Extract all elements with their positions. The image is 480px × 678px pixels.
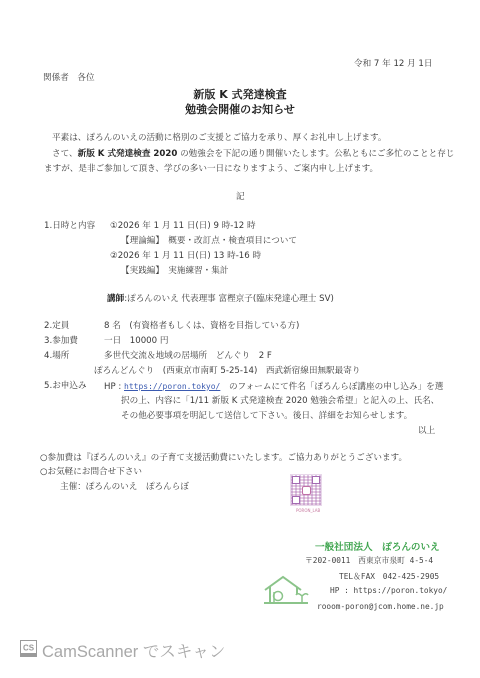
ki-heading: 記	[236, 192, 245, 203]
org-tel: TEL＆FAX 042-425-2905	[339, 571, 439, 582]
session1-topic: 【理論編】 概要・改訂点・検査項目について	[121, 236, 297, 247]
venue-line-2: ぽろんどんぐり (西東京市南町 5-25-14) 西武新宿線田無駅最寄り	[94, 366, 360, 377]
apply-url-link[interactable]: https://poron.tokyo/	[124, 382, 220, 391]
instagram-icon	[302, 486, 311, 495]
svg-text:CS: CS	[23, 644, 35, 653]
apply-hp-label: HP :	[104, 382, 124, 392]
venue-line-1: 多世代交流＆地域の居場所 どんぐり 2 F	[104, 351, 272, 362]
title-line-2: 勉強会開催のお知らせ	[0, 101, 480, 117]
qr-code[interactable]	[290, 474, 322, 506]
addressee: 関係者 各位	[43, 73, 95, 84]
qr-corner	[312, 476, 320, 484]
org-address: 〒202-0011 西東京市泉町 4-5-4	[305, 555, 433, 566]
camscanner-watermark: CamScanner でスキャン	[42, 638, 225, 662]
camscanner-logo-icon: CS	[20, 640, 37, 658]
organizer: 主催：ぽろんのいえ ぽろんらぼ	[60, 482, 189, 493]
intro-line-2: さて、新版 K 式発達検査 2020 の勉強会を下記の通り開催いたします。公私と…	[52, 149, 454, 160]
qr-corner	[292, 496, 300, 504]
fee-value: 一日 10000 円	[104, 336, 168, 347]
ijo: 以上	[418, 426, 435, 437]
apply-line-2: 択の上、内容に「1/11 新版 K 式発達検査 2020 勉強会希望」と記入の上…	[121, 396, 439, 407]
intro-line-3: ますが、是非ご参加して頂き、学びの多い一日になりますよう、ご案内申し上げます。	[44, 164, 378, 175]
qr-corner	[292, 476, 300, 484]
session2-topic: 【実践編】 実施練習・集計	[121, 266, 228, 277]
apply-line-1: HP : https://poron.tokyo/ のフォームにて件名「ぽろんら…	[104, 381, 443, 393]
house-logo-icon	[262, 574, 310, 606]
venue-label: 4.場所	[44, 351, 69, 362]
intro-line-2-bold: 新版 K 式発達検査 2020	[78, 149, 178, 159]
session2-time: ②2026 年 1 月 11 日(日) 13 時-16 時	[110, 251, 261, 262]
fee-label: 3.参加費	[44, 336, 78, 347]
session1-time: ①2026 年 1 月 11 日(日) 9 時-12 時	[110, 221, 256, 232]
title-line-1: 新版 K 式発達検査	[0, 86, 480, 102]
apply-line-3: その他必要事項を明記して送信して下さい。後日、詳細をお知らせします。	[121, 411, 412, 422]
intro-line-2-pre: さて、	[52, 149, 78, 159]
note-1: ○参加費は『ぽろんのいえ』の子育て支援活動費にいたします。ご協力ありがとうござい…	[40, 453, 407, 464]
intro-line-2-post: の勉強会を下記の通り開催いたします。公私ともにご多忙のことと存じ	[177, 149, 454, 159]
lecturer-label: 講師	[107, 294, 124, 304]
document-date: 令和 7 年 12 月 1日	[354, 59, 433, 70]
apply-line-1-post: のフォームにて件名「ぽろんらぼ講座の申し込み」を選	[220, 382, 443, 392]
lecturer: 講師:ぽろんのいえ 代表理事 富樫京子(臨床発達心理士 SV)	[107, 294, 334, 305]
org-hp: HP : https://poron.tokyo/	[330, 586, 447, 595]
schedule-label: 1.日時と内容	[44, 221, 95, 232]
qr-label: PORON_LAB	[296, 508, 320, 513]
apply-label: 5.お申込み	[44, 381, 87, 392]
intro-line-1: 平素は、ぽろんのいえの活動に格別のご支援とご協力を承り、厚くお礼申し上げます。	[52, 133, 386, 144]
org-name: 一般社団法人 ぽろんのいえ	[315, 539, 440, 553]
lecturer-value: :ぽろんのいえ 代表理事 富樫京子(臨床発達心理士 SV)	[124, 294, 334, 304]
capacity-value: 8 名 (有資格者もしくは、資格を目指している方)	[104, 321, 299, 332]
note-2: ○お気軽にお問合せ下さい	[40, 467, 142, 478]
org-email: rooom-poron@jcom.home.ne.jp	[317, 602, 444, 611]
capacity-label: 2.定員	[44, 321, 69, 332]
